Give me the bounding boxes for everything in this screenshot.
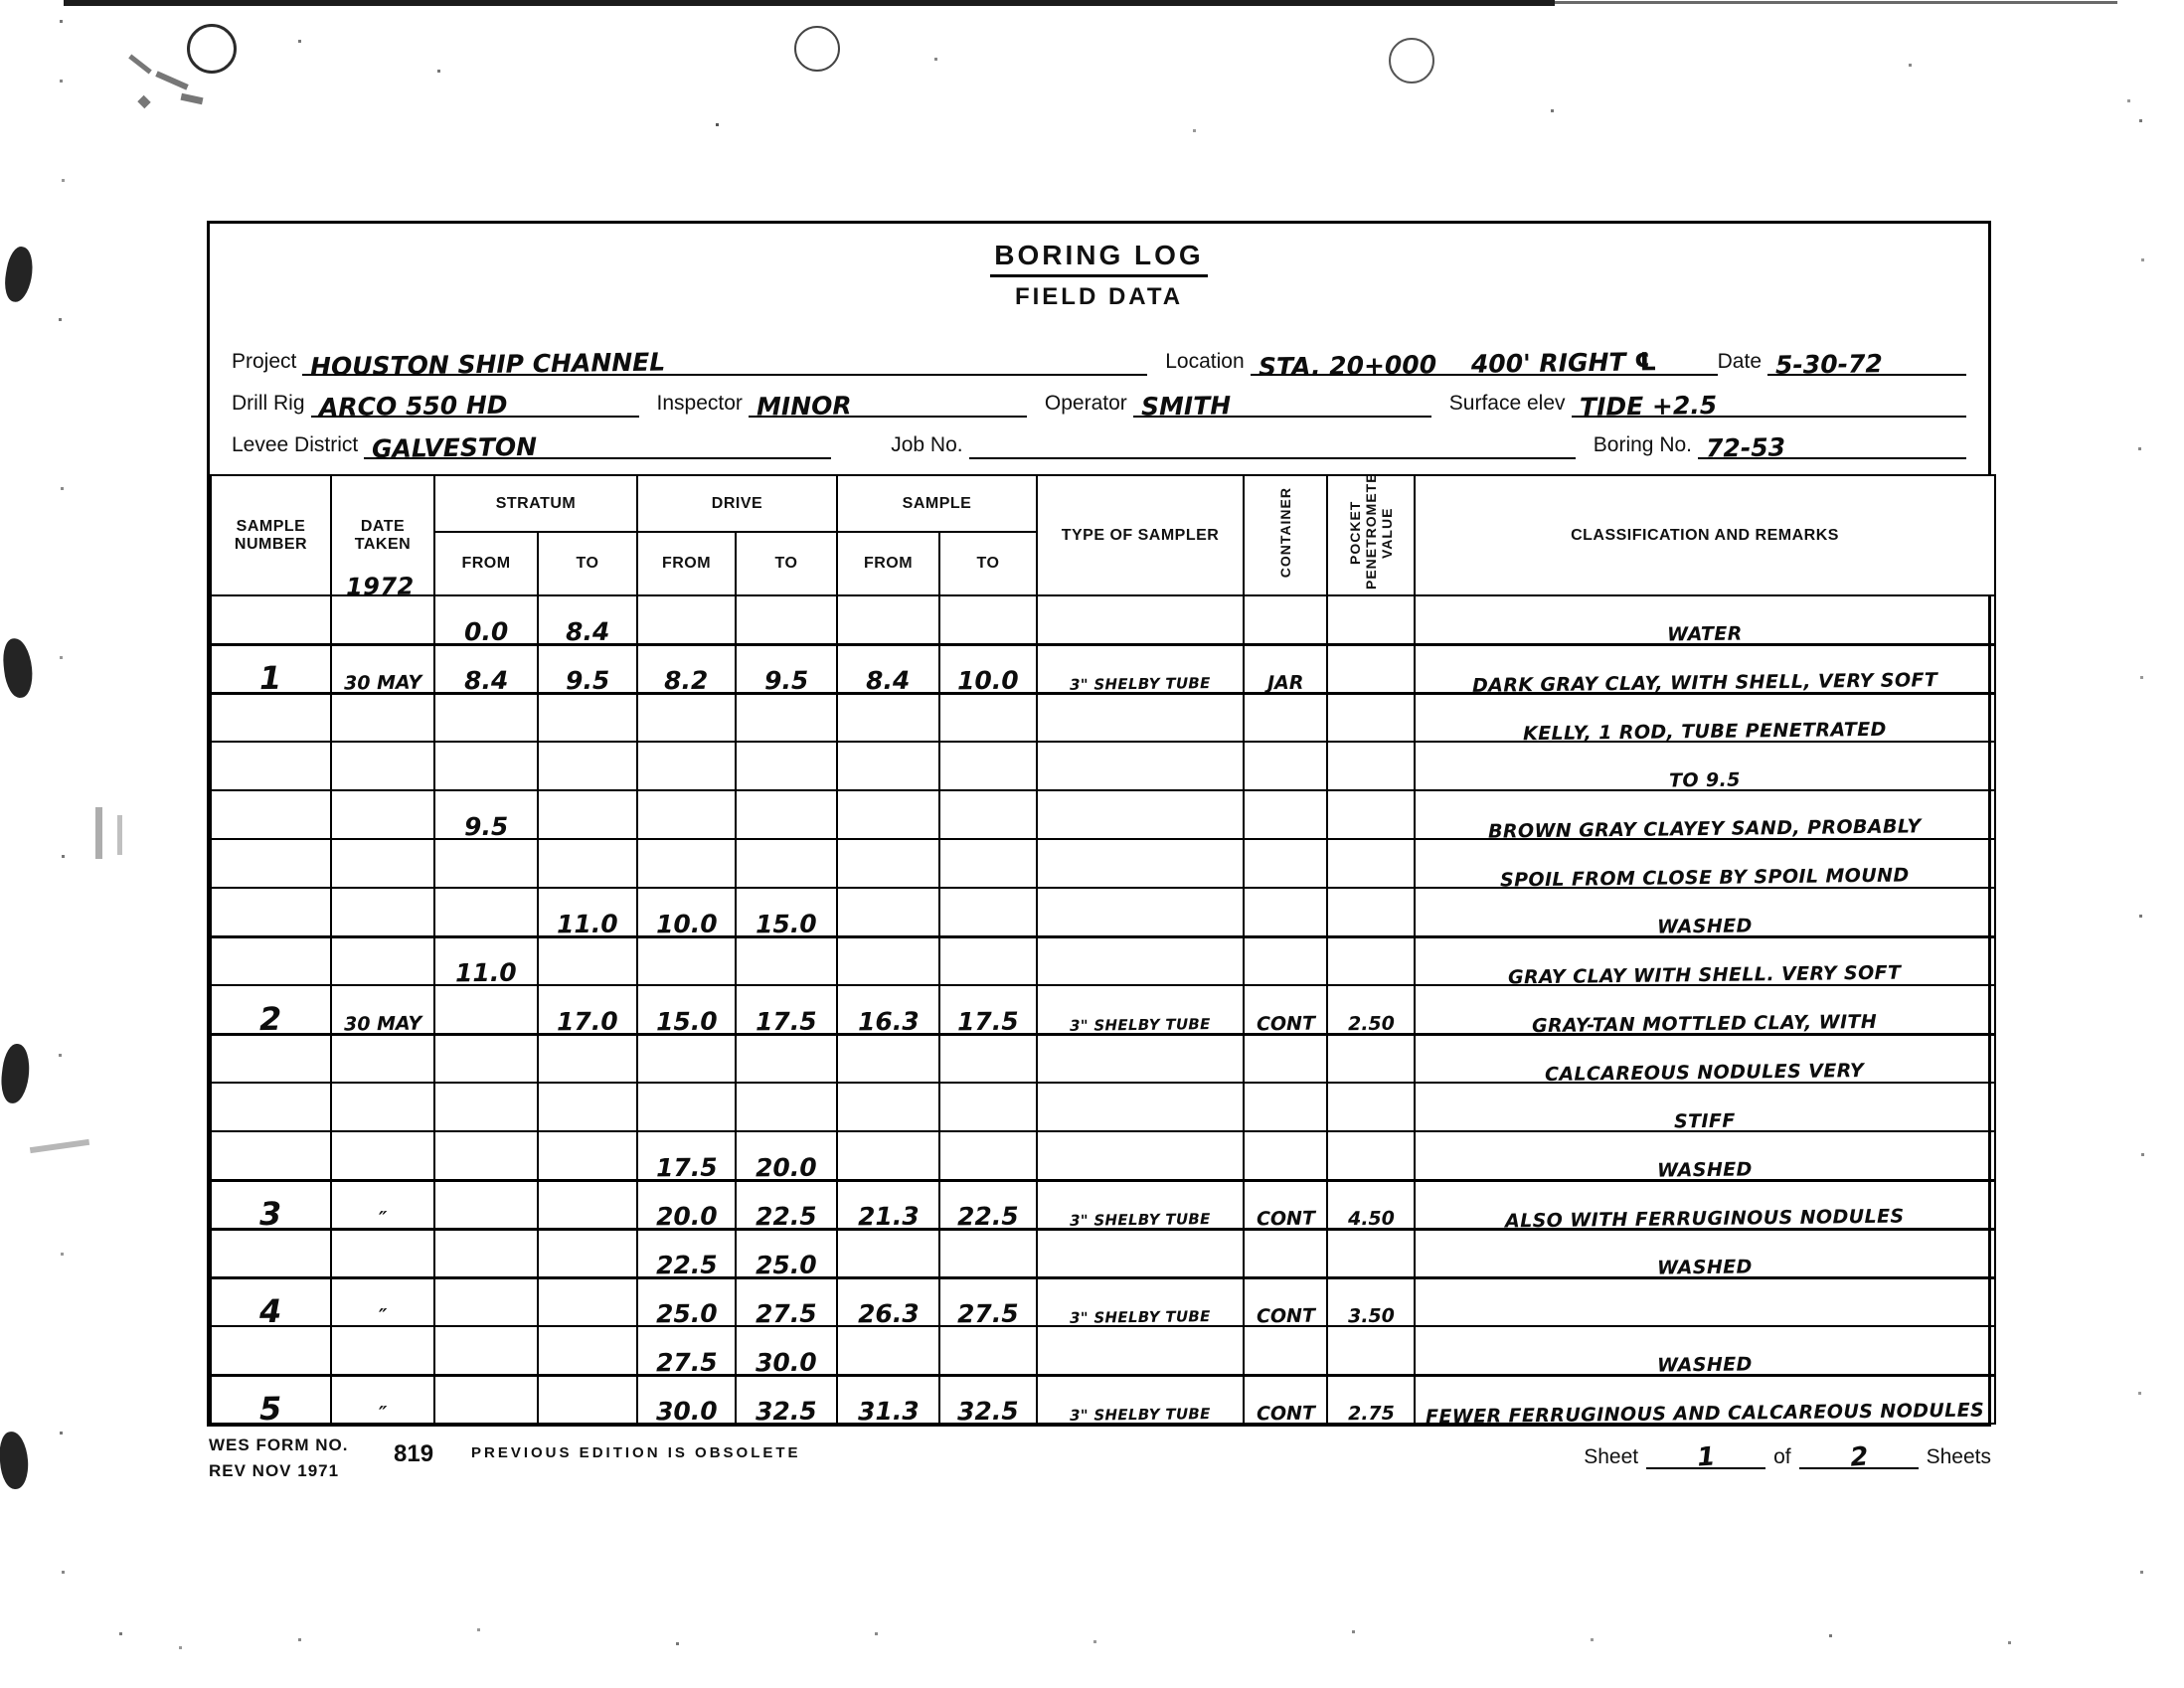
cell-smf: 16.3 bbox=[837, 985, 939, 1034]
handwritten-dt: 15.0 bbox=[756, 911, 817, 936]
cell-date bbox=[331, 790, 434, 839]
cell-date bbox=[331, 693, 434, 742]
cell-dt bbox=[736, 790, 837, 839]
cell-st bbox=[538, 839, 637, 888]
cell-remarks: TO 9.5 bbox=[1415, 742, 1995, 790]
cell-date bbox=[331, 1229, 434, 1277]
levee-district-label: Levee District bbox=[232, 433, 364, 459]
cell-sampler bbox=[1037, 742, 1244, 790]
table-row: 27.530.0WASHED bbox=[211, 1326, 1995, 1375]
col-header-drive-to: TO bbox=[736, 532, 837, 595]
cell-st: 17.0 bbox=[538, 985, 637, 1034]
col-header-stratum-to: TO bbox=[538, 532, 637, 595]
inspector-field: MINOR bbox=[749, 376, 1027, 418]
scan-smudge bbox=[0, 1043, 33, 1105]
cell-st bbox=[538, 693, 637, 742]
table-row: 11.0GRAY CLAY WITH SHELL. VERY SOFT bbox=[211, 936, 1995, 985]
handwritten-remarks: CALCAREOUS NODULES VERY bbox=[1545, 1062, 1864, 1083]
handwritten-remarks: WASHED bbox=[1657, 1258, 1753, 1277]
handwritten-df: 15.0 bbox=[656, 1008, 718, 1034]
cell-smt: 17.5 bbox=[939, 985, 1037, 1034]
inspector-value: MINOR bbox=[756, 393, 852, 419]
handwritten-sampler: 3" SHELBY TUBE bbox=[1070, 1407, 1211, 1424]
cell-df: 27.5 bbox=[637, 1326, 736, 1375]
cell-smf bbox=[837, 790, 939, 839]
scan-smudge bbox=[0, 1431, 30, 1490]
cell-date bbox=[331, 1083, 434, 1131]
handwritten-remarks: GRAY-TAN MOTTLED CLAY, WITH bbox=[1532, 1012, 1877, 1034]
operator-value: SMITH bbox=[1141, 393, 1232, 419]
cell-smt: 27.5 bbox=[939, 1277, 1037, 1326]
cell-container bbox=[1244, 1083, 1327, 1131]
scan-smudge bbox=[1, 637, 35, 700]
cell-dt: 20.0 bbox=[736, 1131, 837, 1180]
handwritten-remarks: DARK GRAY CLAY, WITH SHELL, VERY SOFT bbox=[1472, 671, 1937, 693]
cell-sampler: 3" SHELBY TUBE bbox=[1037, 1277, 1244, 1326]
handwritten-df: 30.0 bbox=[656, 1399, 718, 1424]
cell-pocket bbox=[1327, 790, 1415, 839]
handwritten-smf: 31.3 bbox=[858, 1399, 920, 1424]
handwritten-container: CONT bbox=[1256, 1014, 1314, 1034]
handwritten-remarks: WATER bbox=[1667, 624, 1743, 644]
cell-df: 22.5 bbox=[637, 1229, 736, 1277]
cell-container bbox=[1244, 595, 1327, 644]
col-header-pocket-penetrometer: POCKET PENETROMETER VALUE bbox=[1327, 475, 1415, 595]
col-group-stratum: STRATUM bbox=[434, 475, 637, 532]
handwritten-dt: 32.5 bbox=[756, 1399, 817, 1424]
cell-df: 20.0 bbox=[637, 1180, 736, 1229]
table-row: 230 MAY17.015.017.516.317.53" SHELBY TUB… bbox=[211, 985, 1995, 1034]
drill-rig-label: Drill Rig bbox=[232, 392, 311, 418]
cell-smt bbox=[939, 839, 1037, 888]
cell-pocket bbox=[1327, 595, 1415, 644]
table-row: 22.525.0WASHED bbox=[211, 1229, 1995, 1277]
handwritten-sampler: 3" SHELBY TUBE bbox=[1070, 1309, 1211, 1326]
cell-date bbox=[331, 888, 434, 936]
handwritten-remarks: KELLY, 1 ROD, TUBE PENETRATED bbox=[1523, 721, 1887, 742]
cell-sampler bbox=[1037, 1229, 1244, 1277]
handwritten-container: CONT bbox=[1256, 1307, 1314, 1326]
cell-pocket bbox=[1327, 1131, 1415, 1180]
boring-no-field: 72-53 bbox=[1698, 418, 1966, 459]
cell-container bbox=[1244, 839, 1327, 888]
table-row: 0.08.4WATER bbox=[211, 595, 1995, 644]
surface-elev-value: TIDE +2.5 bbox=[1579, 393, 1716, 420]
cell-remarks: WASHED bbox=[1415, 1326, 1995, 1375]
cell-dt bbox=[736, 1083, 837, 1131]
table-row: KELLY, 1 ROD, TUBE PENETRATED bbox=[211, 693, 1995, 742]
of-label: of bbox=[1773, 1445, 1791, 1469]
cell-sf bbox=[434, 742, 538, 790]
cell-sampler bbox=[1037, 839, 1244, 888]
cell-smf bbox=[837, 595, 939, 644]
cell-smt bbox=[939, 1034, 1037, 1083]
operator-field: SMITH bbox=[1133, 376, 1431, 418]
cell-pocket bbox=[1327, 936, 1415, 985]
location-label: Location bbox=[1165, 350, 1250, 376]
table-row: SPOIL FROM CLOSE BY SPOIL MOUND bbox=[211, 839, 1995, 888]
table-row: 9.5BROWN GRAY CLAYEY SAND, PROBABLY bbox=[211, 790, 1995, 839]
cell-sf bbox=[434, 1083, 538, 1131]
wes-form-line2: REV NOV 1971 bbox=[209, 1458, 348, 1484]
handwritten-st: 9.5 bbox=[566, 667, 610, 693]
cell-st bbox=[538, 1034, 637, 1083]
cell-remarks: WASHED bbox=[1415, 888, 1995, 936]
handwritten-remarks: TO 9.5 bbox=[1669, 771, 1741, 790]
location-field: STA. 20+000 400' RIGHT ℄ bbox=[1251, 334, 1718, 376]
scan-noise bbox=[60, 20, 63, 23]
cell-remarks: GRAY-TAN MOTTLED CLAY, WITH bbox=[1415, 985, 1995, 1034]
handwritten-df: 25.0 bbox=[656, 1301, 718, 1326]
handwritten-container: CONT bbox=[1256, 1405, 1314, 1424]
cell-no bbox=[211, 595, 331, 644]
handwritten-remarks: GRAY CLAY WITH SHELL. VERY SOFT bbox=[1508, 964, 1902, 985]
handwritten-df: 22.5 bbox=[656, 1252, 718, 1277]
col-group-sample: SAMPLE bbox=[837, 475, 1037, 532]
handwritten-remarks: FEWER FERRUGINOUS AND CALCAREOUS NODULES bbox=[1426, 1402, 1984, 1424]
cell-date bbox=[331, 1326, 434, 1375]
cell-remarks: SPOIL FROM CLOSE BY SPOIL MOUND bbox=[1415, 839, 1995, 888]
table-row: 5″30.032.531.332.53" SHELBY TUBECONT2.75… bbox=[211, 1375, 1995, 1424]
cell-no bbox=[211, 1034, 331, 1083]
cell-sf: 0.0 bbox=[434, 595, 538, 644]
handwritten-no: 3 bbox=[259, 1197, 282, 1229]
operator-label: Operator bbox=[1045, 392, 1133, 418]
cell-sf bbox=[434, 839, 538, 888]
cell-remarks: STIFF bbox=[1415, 1083, 1995, 1131]
cell-sampler: 3" SHELBY TUBE bbox=[1037, 985, 1244, 1034]
cell-smt bbox=[939, 1229, 1037, 1277]
cell-remarks: DARK GRAY CLAY, WITH SHELL, VERY SOFT bbox=[1415, 644, 1995, 693]
project-label: Project bbox=[232, 350, 302, 376]
punch-hole-icon bbox=[794, 26, 840, 72]
cell-sf bbox=[434, 1131, 538, 1180]
cell-sf: 8.4 bbox=[434, 644, 538, 693]
col-header-date-taken: DATE TAKEN 1972 bbox=[331, 475, 434, 595]
cell-sf bbox=[434, 1180, 538, 1229]
cell-st bbox=[538, 1277, 637, 1326]
cell-st bbox=[538, 1326, 637, 1375]
handwritten-pocket: 3.50 bbox=[1347, 1307, 1394, 1326]
field-row-3: Levee District GALVESTON Job No. Boring … bbox=[232, 418, 1966, 459]
cell-date bbox=[331, 936, 434, 985]
cell-sf bbox=[434, 1277, 538, 1326]
punch-hole-icon bbox=[1389, 38, 1434, 84]
cell-container bbox=[1244, 1326, 1327, 1375]
cell-pocket bbox=[1327, 1229, 1415, 1277]
field-row-1: Project HOUSTON SHIP CHANNEL Location ST… bbox=[232, 334, 1966, 376]
cell-pocket bbox=[1327, 693, 1415, 742]
handwritten-date: ″ bbox=[379, 1209, 388, 1228]
cell-container bbox=[1244, 790, 1327, 839]
cell-smf: 21.3 bbox=[837, 1180, 939, 1229]
cell-smt bbox=[939, 790, 1037, 839]
obsolete-note: PREVIOUS EDITION IS OBSOLETE bbox=[471, 1444, 801, 1461]
handwritten-remarks: SPOIL FROM CLOSE BY SPOIL MOUND bbox=[1500, 866, 1910, 888]
cell-smt bbox=[939, 742, 1037, 790]
handwritten-df: 8.2 bbox=[664, 667, 709, 693]
punch-hole-icon bbox=[187, 24, 237, 74]
date-taken-text: DATE TAKEN bbox=[355, 518, 411, 553]
cell-container: CONT bbox=[1244, 1277, 1327, 1326]
scan-noise bbox=[119, 1632, 122, 1635]
boring-no-value: 72-53 bbox=[1706, 434, 1785, 460]
handwritten-sf: 8.4 bbox=[464, 667, 509, 693]
cell-sf bbox=[434, 693, 538, 742]
cell-pocket bbox=[1327, 742, 1415, 790]
handwritten-sf: 11.0 bbox=[455, 960, 517, 985]
col-group-drive: DRIVE bbox=[637, 475, 837, 532]
cell-smf bbox=[837, 693, 939, 742]
cell-smt bbox=[939, 888, 1037, 936]
cell-container bbox=[1244, 742, 1327, 790]
cell-remarks: GRAY CLAY WITH SHELL. VERY SOFT bbox=[1415, 936, 1995, 985]
handwritten-dt: 9.5 bbox=[764, 667, 809, 693]
handwritten-sf: 0.0 bbox=[464, 618, 509, 644]
inspector-label: Inspector bbox=[657, 392, 749, 418]
cell-container bbox=[1244, 1229, 1327, 1277]
cell-remarks: CALCAREOUS NODULES VERY bbox=[1415, 1034, 1995, 1083]
cell-container: CONT bbox=[1244, 1375, 1327, 1424]
cell-df: 30.0 bbox=[637, 1375, 736, 1424]
boring-log-table: SAMPLE NUMBER DATE TAKEN 1972 STRATUM DR… bbox=[210, 474, 1996, 1425]
form-subtitle: FIELD DATA bbox=[1015, 283, 1183, 311]
col-header-stratum-from: FROM bbox=[434, 532, 538, 595]
table-row: TO 9.5 bbox=[211, 742, 1995, 790]
col-header-sample-number: SAMPLE NUMBER bbox=[211, 475, 331, 595]
cell-sampler bbox=[1037, 790, 1244, 839]
handwritten-sampler: 3" SHELBY TUBE bbox=[1070, 1212, 1211, 1229]
handwritten-no: 5 bbox=[259, 1393, 282, 1424]
cell-smf bbox=[837, 1131, 939, 1180]
scan-noise bbox=[298, 40, 301, 43]
date-value: 5-30-72 bbox=[1775, 351, 1883, 378]
col-header-sample-to: TO bbox=[939, 532, 1037, 595]
year-handwritten: 1972 bbox=[346, 575, 415, 595]
container-vertical-text: CONTAINER bbox=[1277, 487, 1293, 578]
handwritten-remarks: BROWN GRAY CLAYEY SAND, PROBABLY bbox=[1488, 817, 1922, 839]
handwritten-st: 17.0 bbox=[557, 1008, 618, 1034]
form-number-819: 819 bbox=[394, 1440, 433, 1468]
col-header-classification: CLASSIFICATION AND REMARKS bbox=[1415, 475, 1995, 595]
cell-smf bbox=[837, 742, 939, 790]
handwritten-sampler: 3" SHELBY TUBE bbox=[1070, 1017, 1211, 1034]
project-field: HOUSTON SHIP CHANNEL bbox=[302, 334, 1147, 376]
handwritten-date: ″ bbox=[379, 1307, 388, 1326]
cell-smf bbox=[837, 888, 939, 936]
handwritten-date: 30 MAY bbox=[344, 673, 421, 693]
cell-df bbox=[637, 693, 736, 742]
cell-dt: 15.0 bbox=[736, 888, 837, 936]
cell-st bbox=[538, 1375, 637, 1424]
handwritten-container: CONT bbox=[1256, 1209, 1314, 1229]
cell-sampler bbox=[1037, 936, 1244, 985]
handwritten-dt: 20.0 bbox=[756, 1154, 817, 1180]
pencil-mark bbox=[155, 71, 189, 89]
cell-dt: 32.5 bbox=[736, 1375, 837, 1424]
col-header-type-of-sampler: TYPE OF SAMPLER bbox=[1037, 475, 1244, 595]
cell-sf bbox=[434, 1326, 538, 1375]
cell-st bbox=[538, 1229, 637, 1277]
table-row: 3″20.022.521.322.53" SHELBY TUBECONT4.50… bbox=[211, 1180, 1995, 1229]
handwritten-no: 1 bbox=[259, 661, 282, 693]
cell-smf bbox=[837, 1229, 939, 1277]
surface-elev-field: TIDE +2.5 bbox=[1572, 376, 1967, 418]
handwritten-dt: 25.0 bbox=[756, 1252, 817, 1277]
cell-sf bbox=[434, 888, 538, 936]
cell-sampler: 3" SHELBY TUBE bbox=[1037, 1375, 1244, 1424]
handwritten-smf: 16.3 bbox=[858, 1008, 920, 1034]
handwritten-smt: 10.0 bbox=[957, 667, 1019, 693]
cell-remarks: ALSO WITH FERRUGINOUS NODULES bbox=[1415, 1180, 1995, 1229]
table-row: CALCAREOUS NODULES VERY bbox=[211, 1034, 1995, 1083]
wes-form-line1: WES FORM NO. bbox=[209, 1433, 348, 1458]
cell-dt: 25.0 bbox=[736, 1229, 837, 1277]
form-footer: WES FORM NO. REV NOV 1971 819 PREVIOUS E… bbox=[207, 1433, 1991, 1496]
cell-date: ″ bbox=[331, 1277, 434, 1326]
sheet-total-field: 2 bbox=[1799, 1440, 1919, 1469]
cell-dt: 30.0 bbox=[736, 1326, 837, 1375]
handwritten-container: JAR bbox=[1267, 673, 1304, 692]
handwritten-smf: 26.3 bbox=[858, 1301, 920, 1326]
handwritten-smt: 17.5 bbox=[957, 1008, 1019, 1034]
cell-smf bbox=[837, 936, 939, 985]
cell-sf bbox=[434, 985, 538, 1034]
cell-smt bbox=[939, 1131, 1037, 1180]
sheet-counter: Sheet 1 of 2 Sheets bbox=[1584, 1440, 1991, 1469]
cell-pocket bbox=[1327, 1034, 1415, 1083]
sheet-total-value: 2 bbox=[1849, 1443, 1869, 1470]
cell-no bbox=[211, 888, 331, 936]
handwritten-dt: 30.0 bbox=[756, 1349, 817, 1375]
cell-date bbox=[331, 1131, 434, 1180]
date-field: 5-30-72 bbox=[1767, 334, 1966, 376]
handwritten-dt: 17.5 bbox=[756, 1008, 817, 1034]
cell-smf: 8.4 bbox=[837, 644, 939, 693]
handwritten-sf: 9.5 bbox=[464, 814, 509, 839]
cell-df bbox=[637, 1083, 736, 1131]
boring-log-form: BORING LOG FIELD DATA Project HOUSTON SH… bbox=[207, 221, 1991, 1427]
cell-smt: 22.5 bbox=[939, 1180, 1037, 1229]
cell-smt bbox=[939, 595, 1037, 644]
title-block: BORING LOG FIELD DATA bbox=[210, 224, 1988, 326]
cell-no bbox=[211, 1131, 331, 1180]
handwritten-pocket: 2.50 bbox=[1347, 1014, 1394, 1034]
handwritten-dt: 22.5 bbox=[756, 1203, 817, 1229]
cell-dt: 9.5 bbox=[736, 644, 837, 693]
drill-rig-value: ARCO 550 HD bbox=[318, 393, 507, 421]
cell-no bbox=[211, 936, 331, 985]
cell-sampler bbox=[1037, 888, 1244, 936]
table-row: 11.010.015.0WASHED bbox=[211, 888, 1995, 936]
cell-no: 3 bbox=[211, 1180, 331, 1229]
cell-df bbox=[637, 790, 736, 839]
cell-remarks: BROWN GRAY CLAYEY SAND, PROBABLY bbox=[1415, 790, 1995, 839]
cell-df bbox=[637, 936, 736, 985]
cell-remarks bbox=[1415, 1277, 1995, 1326]
cell-smt bbox=[939, 693, 1037, 742]
cell-no bbox=[211, 839, 331, 888]
pocket-penetrometer-vertical-text: POCKET PENETROMETER VALUE bbox=[1347, 476, 1395, 590]
handwritten-df: 27.5 bbox=[656, 1349, 718, 1375]
cell-df: 8.2 bbox=[637, 644, 736, 693]
handwritten-no: 4 bbox=[259, 1295, 282, 1326]
cell-no bbox=[211, 1229, 331, 1277]
cell-date: 30 MAY bbox=[331, 644, 434, 693]
cell-container bbox=[1244, 888, 1327, 936]
pencil-mark bbox=[181, 93, 204, 104]
handwritten-st: 8.4 bbox=[566, 618, 610, 644]
cell-smf bbox=[837, 1326, 939, 1375]
scan-noise bbox=[2139, 119, 2142, 122]
cell-pocket: 3.50 bbox=[1327, 1277, 1415, 1326]
table-row: 4″25.027.526.327.53" SHELBY TUBECONT3.50 bbox=[211, 1277, 1995, 1326]
table-header: SAMPLE NUMBER DATE TAKEN 1972 STRATUM DR… bbox=[211, 475, 1995, 595]
cell-container: CONT bbox=[1244, 1180, 1327, 1229]
cell-no: 2 bbox=[211, 985, 331, 1034]
table-row: STIFF bbox=[211, 1083, 1995, 1131]
field-row-2: Drill Rig ARCO 550 HD Inspector MINOR Op… bbox=[232, 376, 1966, 418]
wes-form-number: WES FORM NO. REV NOV 1971 bbox=[209, 1433, 348, 1483]
location-value: STA. 20+000 400' RIGHT ℄ bbox=[1259, 349, 1657, 380]
cell-container: JAR bbox=[1244, 644, 1327, 693]
col-header-container: CONTAINER bbox=[1244, 475, 1327, 595]
drill-rig-field: ARCO 550 HD bbox=[311, 376, 639, 418]
table-row: 17.520.0WASHED bbox=[211, 1131, 1995, 1180]
cell-no: 5 bbox=[211, 1375, 331, 1424]
header-fields: Project HOUSTON SHIP CHANNEL Location ST… bbox=[210, 326, 1988, 474]
cell-st bbox=[538, 1180, 637, 1229]
handwritten-smf: 8.4 bbox=[866, 667, 911, 693]
cell-remarks: WASHED bbox=[1415, 1229, 1995, 1277]
handwritten-st: 11.0 bbox=[557, 911, 618, 936]
cell-no bbox=[211, 742, 331, 790]
pencil-mark bbox=[95, 807, 102, 859]
cell-st bbox=[538, 790, 637, 839]
job-no-field bbox=[969, 418, 1576, 459]
cell-sampler bbox=[1037, 1083, 1244, 1131]
cell-df: 17.5 bbox=[637, 1131, 736, 1180]
cell-pocket: 4.50 bbox=[1327, 1180, 1415, 1229]
cell-date bbox=[331, 839, 434, 888]
cell-dt bbox=[736, 1034, 837, 1083]
cell-sampler bbox=[1037, 1131, 1244, 1180]
cell-df: 10.0 bbox=[637, 888, 736, 936]
handwritten-df: 17.5 bbox=[656, 1154, 718, 1180]
form-title: BORING LOG bbox=[990, 240, 1207, 277]
cell-st bbox=[538, 1131, 637, 1180]
cell-df bbox=[637, 595, 736, 644]
cell-container: CONT bbox=[1244, 985, 1327, 1034]
cell-df bbox=[637, 1034, 736, 1083]
cell-no: 1 bbox=[211, 644, 331, 693]
cell-remarks: KELLY, 1 ROD, TUBE PENETRATED bbox=[1415, 693, 1995, 742]
cell-st: 11.0 bbox=[538, 888, 637, 936]
sheet-number-field: 1 bbox=[1646, 1440, 1765, 1469]
sheets-label: Sheets bbox=[1927, 1445, 1991, 1469]
cell-pocket: 2.50 bbox=[1327, 985, 1415, 1034]
levee-district-value: GALVESTON bbox=[372, 434, 537, 461]
cell-sf bbox=[434, 1229, 538, 1277]
cell-sampler: 3" SHELBY TUBE bbox=[1037, 1180, 1244, 1229]
boring-no-label: Boring No. bbox=[1594, 433, 1698, 459]
cell-no bbox=[211, 693, 331, 742]
cell-sampler bbox=[1037, 1326, 1244, 1375]
cell-no bbox=[211, 1326, 331, 1375]
cell-pocket bbox=[1327, 888, 1415, 936]
col-header-drive-from: FROM bbox=[637, 532, 736, 595]
surface-elev-label: Surface elev bbox=[1449, 392, 1572, 418]
